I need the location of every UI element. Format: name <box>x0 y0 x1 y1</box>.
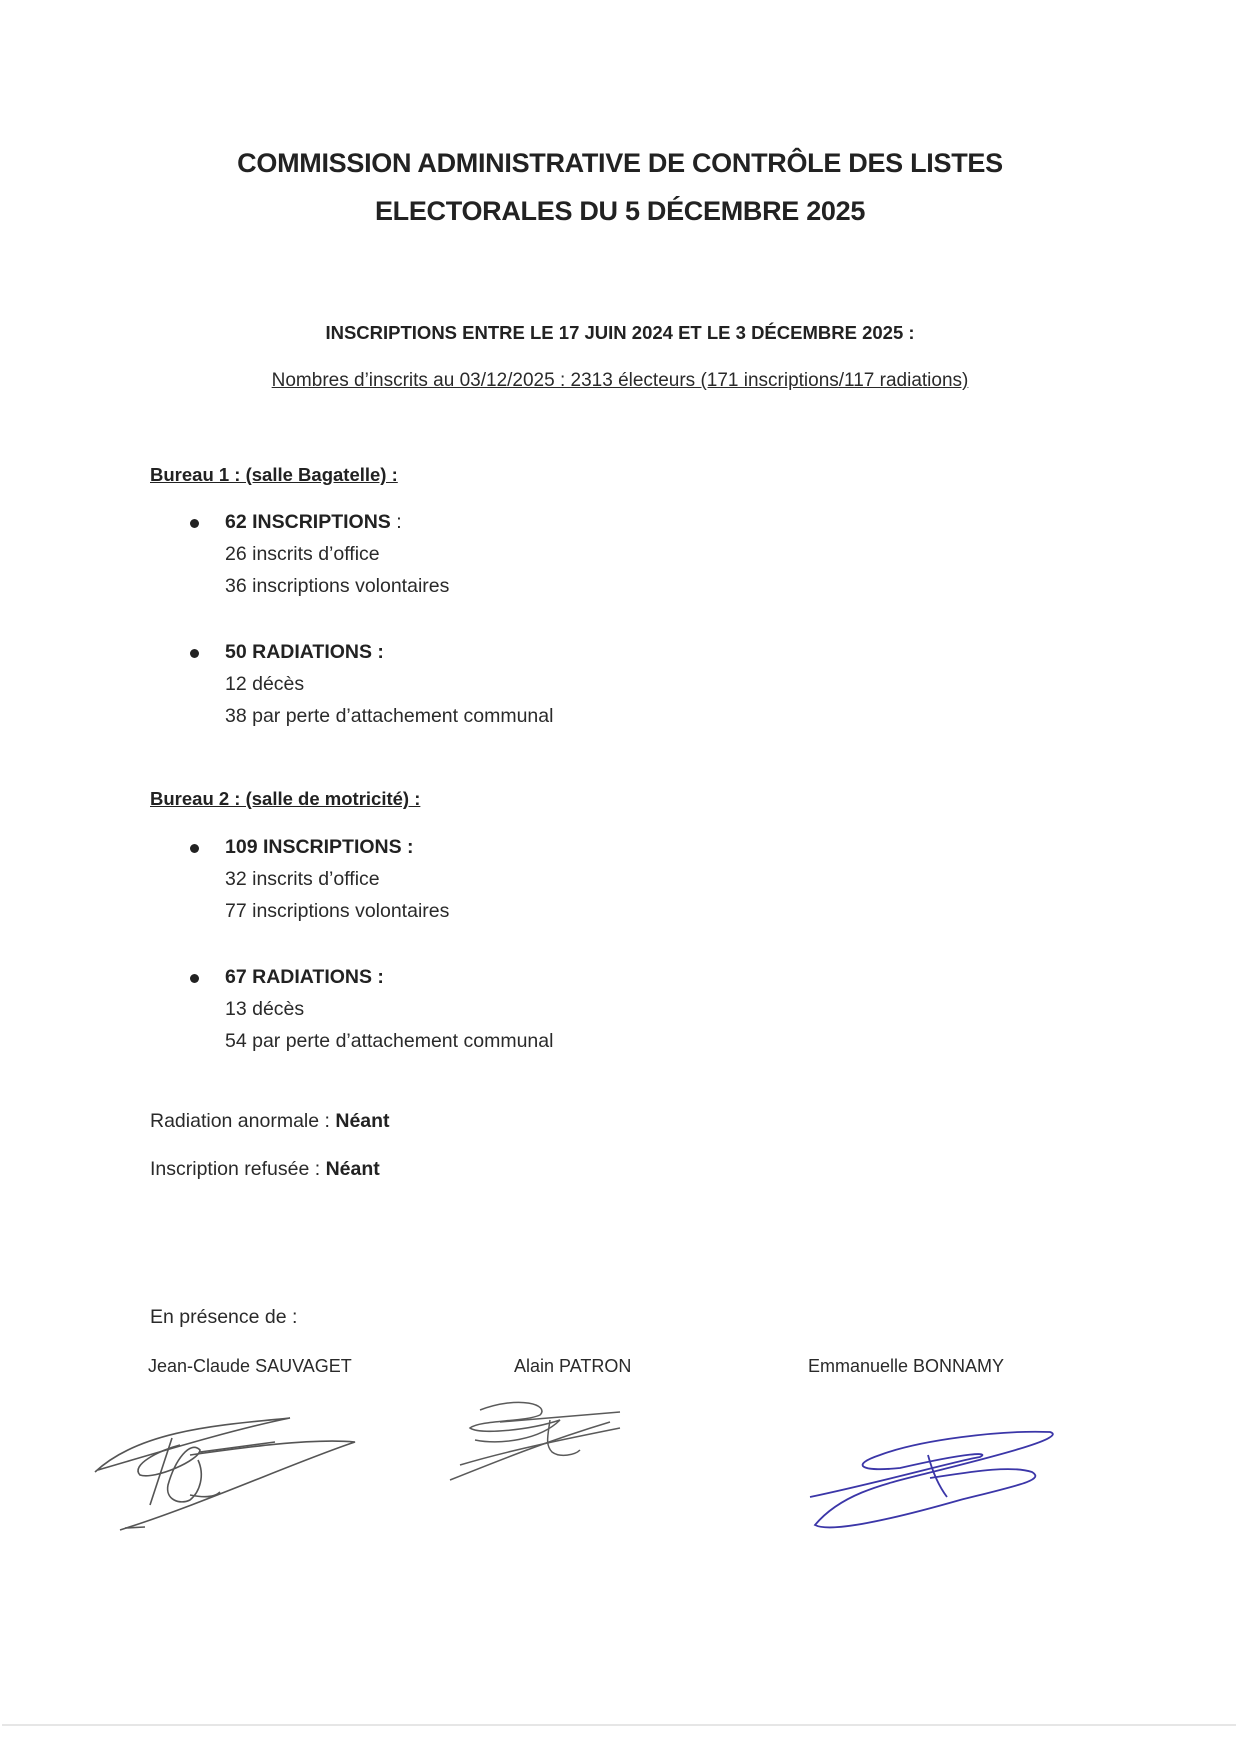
bureau-2-radiations-attachment: 54 par perte d’attachement communal <box>225 1030 553 1053</box>
bureau-2-heading: Bureau 2 : (salle de motricité) : <box>150 788 420 810</box>
bureau-1-heading: Bureau 1 : (salle Bagatelle) : <box>150 464 398 486</box>
signature-3 <box>800 1400 1080 1550</box>
period-subtitle: INSCRIPTIONS ENTRE LE 17 JUIN 2024 ET LE… <box>0 322 1240 344</box>
document-title-line-1: COMMISSION ADMINISTRATIVE DE CONTRÔLE DE… <box>0 148 1240 179</box>
signature-1 <box>80 1400 380 1530</box>
bureau-1-inscriptions-office: 26 inscrits d’office <box>225 543 380 566</box>
bureau-2-radiations-deaths: 13 décès <box>225 998 304 1021</box>
bullet-icon <box>190 974 199 983</box>
registered-voters-summary: Nombres d’inscrits au 03/12/2025 : 2313 … <box>0 370 1240 392</box>
bullet-icon <box>190 844 199 853</box>
signatory-1-name: Jean-Claude SAUVAGET <box>148 1356 352 1377</box>
bureau-1-inscriptions-voluntary: 36 inscriptions volontaires <box>225 575 449 598</box>
document-title-line-2: ELECTORALES DU 5 DÉCEMBRE 2025 <box>0 196 1240 227</box>
presence-label: En présence de : <box>150 1306 297 1329</box>
bureau-1-radiations-attachment: 38 par perte d’attachement communal <box>225 705 553 728</box>
signatory-2-name: Alain PATRON <box>514 1356 631 1377</box>
bureau-2-inscriptions-heading: 109 INSCRIPTIONS : <box>225 836 414 859</box>
abnormal-radiation: Radiation anormale : Néant <box>150 1110 390 1133</box>
bureau-2-inscriptions-office: 32 inscrits d’office <box>225 868 380 891</box>
page-bottom-edge <box>2 1724 1236 1726</box>
bureau-1-radiations-deaths: 12 décès <box>225 673 304 696</box>
signature-2 <box>440 1390 640 1510</box>
bureau-1-inscriptions-heading: 62 INSCRIPTIONS : <box>225 511 402 534</box>
bureau-1-radiations-heading: 50 RADIATIONS : <box>225 641 384 664</box>
bureau-2-radiations-heading: 67 RADIATIONS : <box>225 966 384 989</box>
signatory-3-name: Emmanuelle BONNAMY <box>808 1356 1004 1377</box>
bureau-2-inscriptions-voluntary: 77 inscriptions volontaires <box>225 900 449 923</box>
bullet-icon <box>190 649 199 658</box>
refused-inscription: Inscription refusée : Néant <box>150 1158 380 1181</box>
bullet-icon <box>190 519 199 528</box>
